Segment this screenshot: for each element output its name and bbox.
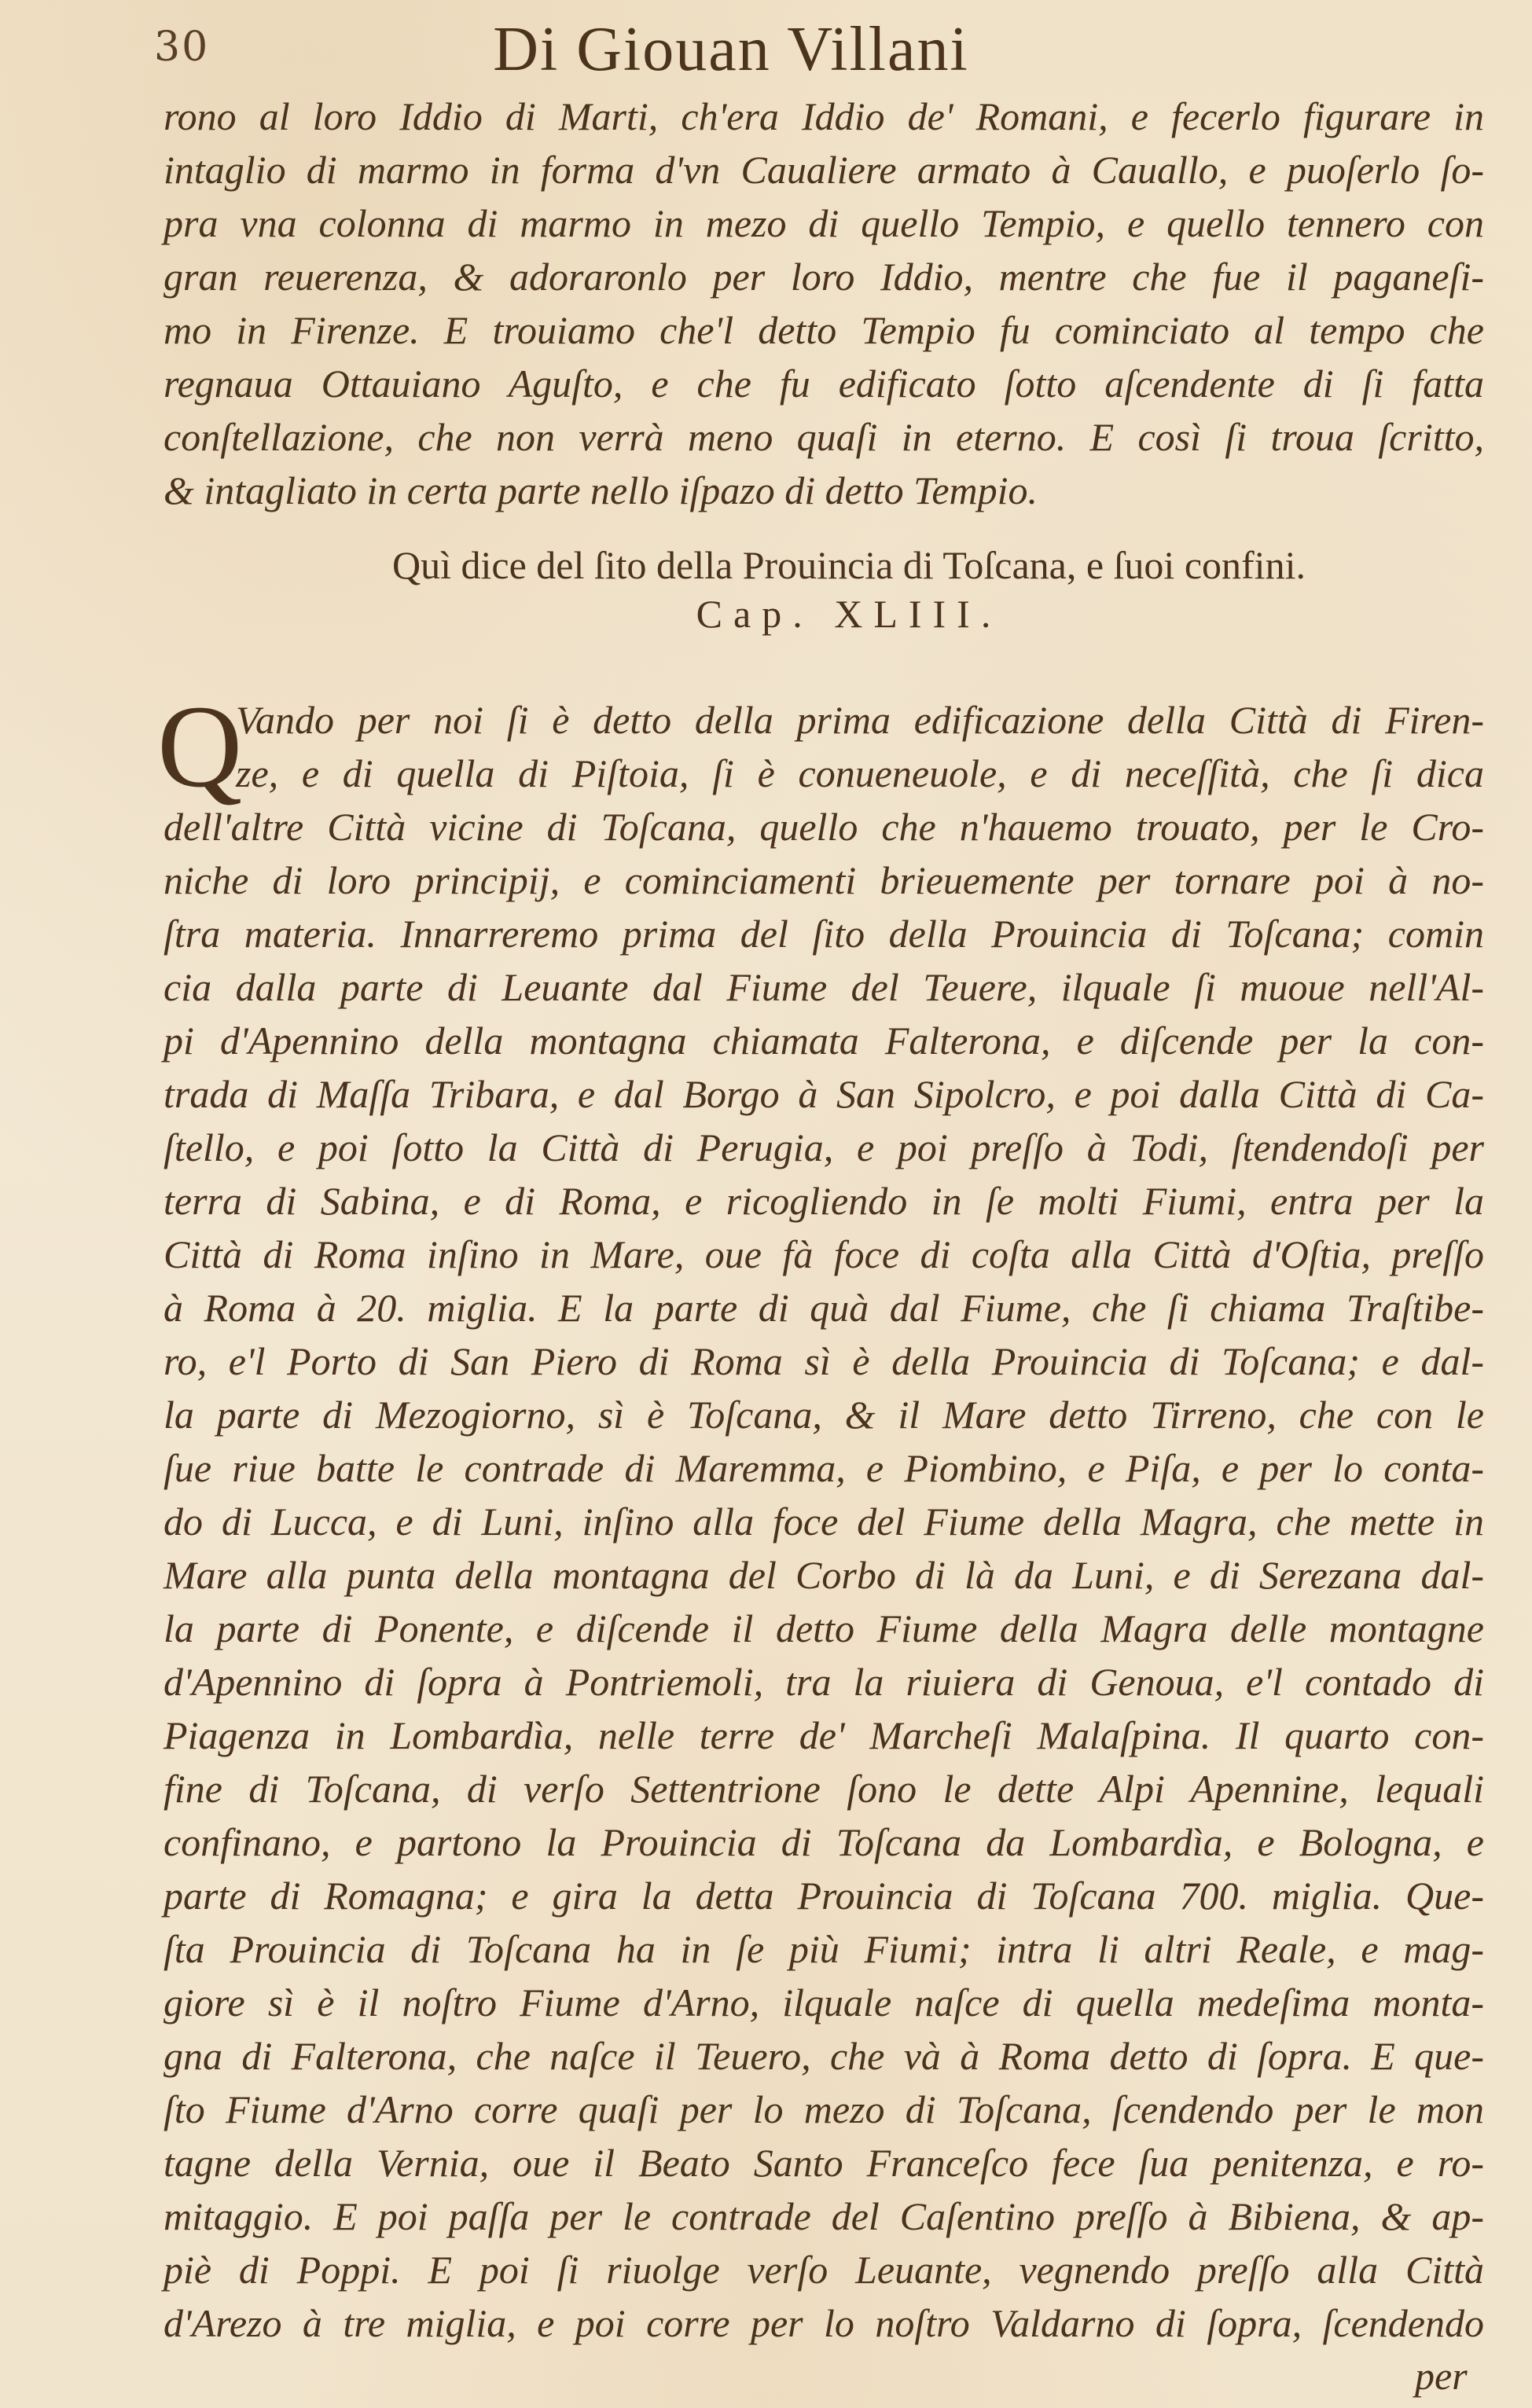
text-line: intaglio di marmo in forma d'vn Caualier…	[163, 146, 1484, 193]
text-line: d'Arezo à tre miglia, e poi corre per lo…	[163, 2300, 1484, 2347]
text-line: ſtra materia. Innarreremo prima del ſito…	[163, 910, 1484, 957]
text-line: dell'altre Città vicine di Toſcana, quel…	[163, 803, 1484, 850]
page-number: 30	[154, 24, 209, 71]
text-line: conſtellazione, che non verrà meno quaſi…	[163, 413, 1484, 461]
chapter-title: Quì dice del ſito della Prouincia di Toſ…	[236, 542, 1462, 588]
text-line: tagne della Vernia, oue il Beato Santo F…	[163, 2139, 1484, 2186]
chapter-number: Cap. XLIII.	[236, 591, 1462, 637]
text-line: niche di loro principij, e cominciamenti…	[163, 857, 1484, 904]
running-head: Di Giouan Villani	[299, 14, 1163, 86]
text-line: ſto Fiume d'Arno corre quaſi per lo mezo…	[163, 2086, 1484, 2133]
text-line: pi d'Apennino della montagna chiamata Fa…	[163, 1017, 1484, 1064]
text-line: piè di Poppi. E poi ſi riuolge verſo Leu…	[163, 2246, 1484, 2293]
text-line: Vando per noi ſi è detto della prima edi…	[236, 696, 1484, 743]
text-line: fine di Toſcana, di verſo Settentrione ſ…	[163, 1765, 1484, 1812]
text-line: giore sì è il noſtro Fiume d'Arno, ilqua…	[163, 1979, 1484, 2026]
text-line: ſue riue batte le contrade di Maremma, e…	[163, 1444, 1484, 1492]
text-line: & intagliato in certa parte nello iſpazo…	[163, 467, 1484, 514]
text-line: ze, e di quella di Piſtoia, ſi è conuene…	[236, 750, 1484, 797]
drop-cap: Q	[157, 692, 242, 802]
text-line: regnaua Ottauiano Aguſto, e che fu edifi…	[163, 360, 1484, 407]
text-line: ſta Prouincia di Toſcana ha in ſe più Fi…	[163, 1925, 1484, 1973]
text-line: Piagenza in Lombardìa, nelle terre de' M…	[163, 1712, 1484, 1759]
text-line: Città di Roma inſino in Mare, oue fà foc…	[163, 1231, 1484, 1278]
text-line: rono al loro Iddio di Marti, ch'era Iddi…	[163, 93, 1484, 140]
text-line: Mare alla punta della montagna del Corbo…	[163, 1551, 1484, 1599]
text-line: trada di Maſſa Tribara, e dal Borgo à Sa…	[163, 1070, 1484, 1118]
book-page: 30 Di Giouan Villani rono al loro Iddio …	[0, 0, 1532, 2408]
catchword: per	[1415, 2353, 1468, 2399]
text-line: ſtello, e poi ſotto la Città di Perugia,…	[163, 1124, 1484, 1171]
text-line: pra vna colonna di marmo in mezo di quel…	[163, 200, 1484, 247]
text-line: d'Apennino di ſopra à Pontriemoli, tra l…	[163, 1658, 1484, 1705]
text-line: do di Lucca, e di Luni, inſino alla foce…	[163, 1498, 1484, 1545]
text-line: parte di Romagna; e gira la detta Prouin…	[163, 1872, 1484, 1919]
text-line: gna di Falterona, che naſce il Teuero, c…	[163, 2032, 1484, 2079]
text-line: à Roma à 20. miglia. E la parte di quà d…	[163, 1284, 1484, 1331]
text-line: mo in Firenze. E trouiamo che'l detto Te…	[163, 307, 1484, 354]
text-line: terra di Sabina, e di Roma, e ricogliend…	[163, 1177, 1484, 1224]
text-line: la parte di Mezogiorno, sì è Toſcana, & …	[163, 1391, 1484, 1438]
text-line: cia dalla parte di Leuante dal Fiume del…	[163, 964, 1484, 1011]
text-line: la parte di Ponente, e diſcende il detto…	[163, 1605, 1484, 1652]
text-line: mitaggio. E poi paſſa per le contrade de…	[163, 2193, 1484, 2240]
text-line: ro, e'l Porto di San Piero di Roma sì è …	[163, 1338, 1484, 1385]
text-line: confinano, e partono la Prouincia di Toſ…	[163, 1819, 1484, 1866]
text-line: gran reuerenza, & adoraronlo per loro Id…	[163, 253, 1484, 300]
